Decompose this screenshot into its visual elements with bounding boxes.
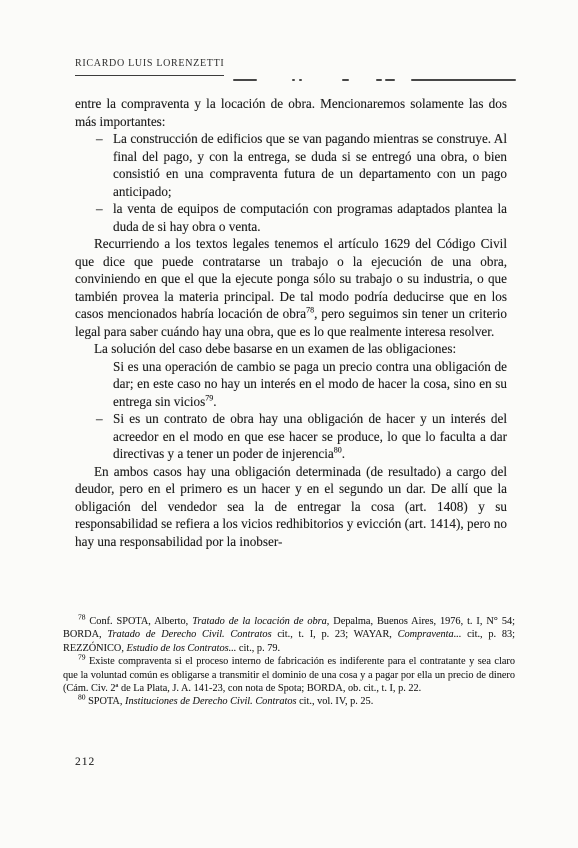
book-page: RICARDO LUIS LORENZETTI entre la comprav… xyxy=(0,0,578,848)
footnote-ref-80: 80 xyxy=(334,446,342,455)
footnote-text: cit., t. I, p. 23; WAYAR, xyxy=(272,629,398,640)
header-rule-fragment xyxy=(385,79,395,81)
list-item-text: La construcción de edificios que se van … xyxy=(113,131,507,199)
header-rule-fragment xyxy=(342,79,349,81)
header-rule-fragment xyxy=(292,79,295,81)
paragraph-ambos-casos: En ambos casos hay una obligación determ… xyxy=(75,463,507,551)
footnote-text: SPOTA, xyxy=(86,696,126,707)
footnote-80: 80 SPOTA, Instituciones de Derecho Civil… xyxy=(63,695,515,708)
footnote-ref-78: 78 xyxy=(306,306,314,315)
list-item-text: la venta de equipos de computación con p… xyxy=(113,201,507,234)
paragraph-solucion: La solución del caso debe basarse en un … xyxy=(75,340,507,358)
header-rule-fragment xyxy=(411,79,516,81)
list-item-text: Si es un contrato de obra hay una obliga… xyxy=(113,411,507,461)
dash-marker: – xyxy=(96,200,103,218)
running-head: RICARDO LUIS LORENZETTI xyxy=(75,58,224,76)
list-item-text: . xyxy=(342,446,345,461)
obligaciones-list: Si es una operación de cambio se paga un… xyxy=(75,358,507,463)
dash-marker: – xyxy=(96,130,103,148)
examples-list: – La construcción de edificios que se va… xyxy=(75,130,507,235)
footnote-number: 80 xyxy=(78,693,86,702)
footnote-79: 79 Existe compraventa si el proceso inte… xyxy=(63,655,515,695)
paragraph-intro: entre la compraventa y la locación de ob… xyxy=(75,95,507,130)
list-item-venta-equipos: – la venta de equipos de computación con… xyxy=(75,200,507,235)
book-title: Instituciones de Derecho Civil. Contrato… xyxy=(125,696,297,707)
header-rule-fragment xyxy=(376,79,382,81)
book-title: Tratado de Derecho Civil. Contratos xyxy=(107,629,271,640)
list-item-text: Si es una operación de cambio se paga un… xyxy=(113,359,507,409)
footnote-text: Conf. SPOTA, Alberto, xyxy=(86,616,193,627)
dash-marker: – xyxy=(96,410,103,428)
book-title: Tratado de la locación de obra xyxy=(192,616,327,627)
book-title: Estudio de los Contratos... xyxy=(127,643,237,654)
list-item-operacion-cambio: Si es una operación de cambio se paga un… xyxy=(75,358,507,411)
footnotes-section: 78 Conf. SPOTA, Alberto, Tratado de la l… xyxy=(63,615,515,709)
list-item-contrato-obra: – Si es un contrato de obra hay una obli… xyxy=(75,410,507,463)
page-body: entre la compraventa y la locación de ob… xyxy=(75,95,507,550)
running-head-author: RICARDO LUIS LORENZETTI xyxy=(75,58,224,76)
header-rule-fragment xyxy=(233,79,257,81)
footnote-number: 78 xyxy=(78,613,86,622)
page-number: 212 xyxy=(75,756,95,768)
footnote-78: 78 Conf. SPOTA, Alberto, Tratado de la l… xyxy=(63,615,515,655)
footnote-text: Existe compraventa si el proceso interno… xyxy=(63,656,515,694)
list-item-text: . xyxy=(213,394,216,409)
paragraph-codigo-civil: Recurriendo a los textos legales tenemos… xyxy=(75,235,507,340)
header-rule-fragment xyxy=(299,79,302,81)
footnote-text: cit., vol. IV, p. 25. xyxy=(297,696,374,707)
book-title: Compraventa... xyxy=(398,629,462,640)
footnote-text: cit., p. 79. xyxy=(236,643,280,654)
list-item-construccion: – La construcción de edificios que se va… xyxy=(75,130,507,200)
footnote-number: 79 xyxy=(78,653,86,662)
